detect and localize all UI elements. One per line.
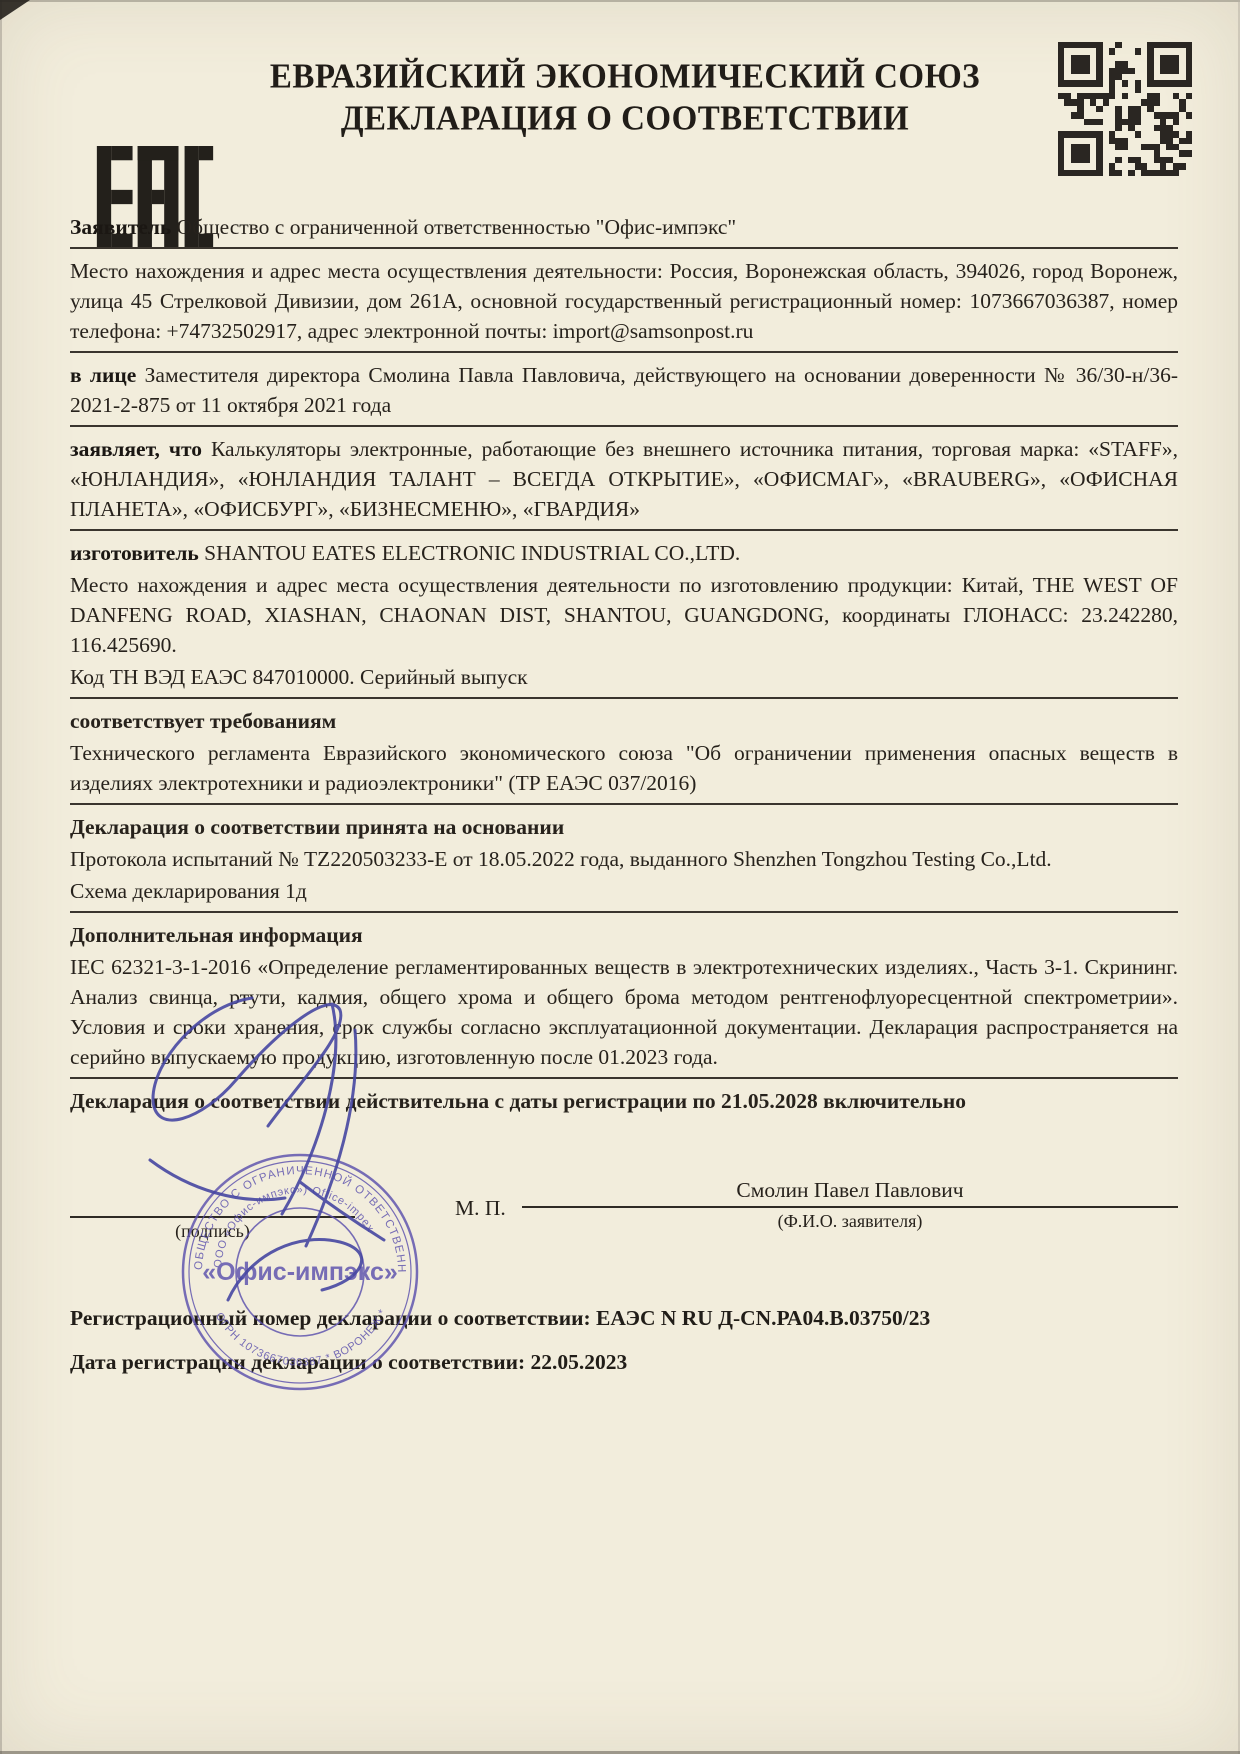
complies-heading: соответствует требованиям: [70, 706, 1178, 736]
manufacturer-address: Место нахождения и адрес места осуществл…: [70, 570, 1178, 660]
declaration-document-page: ЕВРАЗИЙСКИЙ ЭКОНОМИЧЕСКИЙ СОЮЗ ДЕКЛАРАЦИ…: [0, 0, 1240, 1754]
additional-text: IEC 62321-3-1-2016 «Определение регламен…: [70, 952, 1178, 1072]
declares-line: заявляет, что Калькуляторы электронные, …: [70, 434, 1178, 524]
signer-name-area: Смолин Павел Павлович (Ф.И.О. заявителя): [522, 1176, 1178, 1232]
divider: [70, 1077, 1178, 1079]
title-union: ЕВРАЗИЙСКИЙ ЭКОНОМИЧЕСКИЙ СОЮЗ: [174, 55, 1076, 99]
manufacturer-value: SHANTOU EATES ELECTRONIC INDUSTRIAL CO.,…: [204, 541, 740, 565]
complies-text: Технического регламента Евразийского эко…: [70, 738, 1178, 798]
divider: [70, 697, 1178, 699]
signer-name-caption: (Ф.И.О. заявителя): [522, 1210, 1178, 1232]
signature-area: (подпись): [70, 1216, 355, 1242]
declares-label: заявляет, что: [70, 437, 202, 461]
stamp-place-label: М. П.: [455, 1196, 506, 1221]
document-header: ЕВРАЗИЙСКИЙ ЭКОНОМИЧЕСКИЙ СОЮЗ ДЕКЛАРАЦИ…: [160, 56, 1090, 140]
manufacturer-label: изготовитель: [70, 541, 199, 565]
scan-corner-artifact: [0, 0, 30, 20]
representative-value: Заместителя директора Смолина Павла Павл…: [70, 363, 1178, 417]
additional-heading: Дополнительная информация: [70, 920, 1178, 950]
registration-date-line: Дата регистрации декларации о соответств…: [70, 1350, 1178, 1375]
basis-scheme: Схема декларирования 1д: [70, 876, 1178, 906]
basis-protocol: Протокола испытаний № TZ220503233-E от 1…: [70, 844, 1178, 874]
divider: [70, 803, 1178, 805]
scan-edge-top: [0, 0, 1240, 2]
basis-heading: Декларация о соответствии принята на осн…: [70, 812, 1178, 842]
signer-name-line: [522, 1206, 1178, 1208]
divider: [70, 247, 1178, 249]
representative-label: в лице: [70, 363, 136, 387]
declares-value: Калькуляторы электронные, работающие без…: [70, 437, 1178, 521]
divider: [70, 911, 1178, 913]
qr-code: [1058, 42, 1192, 176]
applicant-address: Место нахождения и адрес места осуществл…: [70, 256, 1178, 346]
title-declaration: ДЕКЛАРАЦИЯ О СООТВЕТСТВИИ: [174, 97, 1076, 141]
declaration-body: Заявитель Общество с ограниченной ответс…: [70, 212, 1178, 1118]
tnved-line: Код ТН ВЭД ЕАЭС 847010000. Серийный выпу…: [70, 662, 1178, 692]
registration-number-line: Регистрационный номер декларации о соотв…: [70, 1306, 1178, 1331]
signer-name: Смолин Павел Павлович: [522, 1176, 1178, 1204]
signature-line: [70, 1216, 355, 1218]
representative-line: в лице Заместителя директора Смолина Пав…: [70, 360, 1178, 420]
divider: [70, 351, 1178, 353]
divider: [70, 425, 1178, 427]
manufacturer-line: изготовитель SHANTOU EATES ELECTRONIC IN…: [70, 538, 1178, 568]
validity-line: Декларация о соответствии действительна …: [70, 1086, 1178, 1116]
scan-edge-left: [0, 0, 2, 1754]
applicant-line: Заявитель Общество с ограниченной ответс…: [70, 212, 1178, 242]
signature-block: (подпись) М. П. Смолин Павел Павлович (Ф…: [70, 1186, 1178, 1266]
applicant-label: Заявитель: [70, 215, 171, 239]
divider: [70, 529, 1178, 531]
applicant-value: Общество с ограниченной ответственностью…: [177, 215, 737, 239]
signature-caption: (подпись): [70, 1220, 355, 1242]
